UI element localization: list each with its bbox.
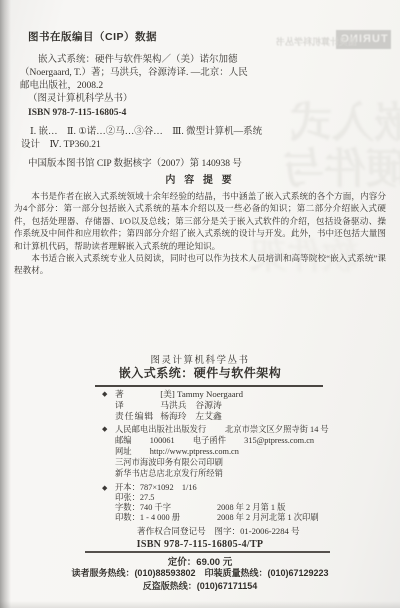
cip-isbn: ISBN 978-7-115-16805-4	[20, 107, 380, 120]
book-title: 嵌入式系统：硬件与软件架构	[0, 364, 400, 381]
publisher-group: ◆ 人民邮电出版社出版发行 北京市崇文区夕照寺街 14 号 邮编 100061 …	[95, 424, 363, 479]
print-run-value: 印数：1 - 4 000 册	[115, 513, 180, 522]
specs-group: ◆ 开本：787×1092 1/16 印张：27.5 字数：740 千字 200…	[95, 483, 363, 536]
scan-edge-left	[0, 0, 11, 608]
diamond-bullet-icon: ◆	[102, 424, 107, 435]
credit-row: 译 马洪兵 谷源涛	[95, 400, 363, 411]
cip-block: 图书在版编目（CIP）数据 嵌入式系统：硬件与软件架构／（美）诺尔加德 （Noe…	[20, 31, 380, 171]
format-value: 开本：787×1092 1/16	[115, 483, 197, 492]
postcode-value: 100061	[150, 436, 175, 445]
abstract-paragraph: 本书是作者在嵌入式系统领域十余年经验的结晶，书中涵盖了嵌入式系统的各个方面，内容…	[14, 190, 386, 252]
diamond-bullet-icon: ◆	[102, 483, 107, 493]
cip-record-line: （Noergaard, T.）著；马洪兵，谷源涛译. —北京：人民	[20, 67, 380, 80]
email-value: 315@ptpress.com.cn	[244, 436, 314, 445]
credit-label: 著	[115, 389, 158, 400]
scan-edge-bottom	[0, 601, 400, 608]
credits-group: ◆ 著 [美] Tammy Noergaard 译 马洪兵 谷源涛 责任编辑 杨…	[95, 389, 363, 422]
credit-value: [美] Tammy Noergaard	[160, 389, 243, 399]
credit-value: 杨海玲 左艾鑫	[160, 411, 222, 421]
credit-label: 译	[115, 400, 158, 411]
spec-row: 字数：740 千字 2008 年 2 月第 1 版	[95, 503, 363, 513]
abstract-header: 内 容 提 要	[0, 171, 400, 186]
publisher-address: 北京市崇文区夕照寺街 14 号	[225, 424, 329, 435]
publisher-row: 邮编 100061 电子函件 315@ptpress.com.cn	[95, 435, 363, 446]
isbn-full: ISBN 978-7-115-16805-4/TP	[0, 539, 400, 550]
credit-row: 责任编辑 杨海玲 左艾鑫	[95, 411, 363, 422]
divider	[85, 551, 330, 553]
cip-series-note: （图灵计算机科学丛书）	[20, 93, 380, 106]
copyright-registration: 著作权合同登记号 图字：01-2006-2284 号	[95, 526, 363, 536]
cip-classification-line: 设计 Ⅳ. TP360.21	[20, 139, 380, 152]
copyright-page: TURING 图灵计算机科学丛书 嵌入式 硬件与 软件架 图书在版编目（CIP）…	[0, 0, 400, 608]
anti-piracy-hotline: 反盗版热线：(010)67171154	[0, 579, 400, 592]
distributor-row: 新华书店总店北京发行所经销	[95, 468, 363, 479]
printer-row: 三河市海波印务有限公司印刷	[95, 457, 363, 468]
words-value: 字数：740 千字	[115, 503, 171, 512]
abstract-body: 本书是作者在嵌入式系统领域十余年经验的结晶，书中涵盖了嵌入式系统的各个方面，内容…	[14, 190, 386, 277]
diamond-bullet-icon: ◆	[102, 389, 107, 400]
website-value: http://www.ptpress.com.cn	[150, 447, 239, 456]
cip-record-line: 嵌入式系统：硬件与软件架构／（美）诺尔加德	[20, 54, 380, 67]
credit-label: 责任编辑	[115, 411, 158, 422]
cip-record-line: 邮电出版社，2008.2	[20, 80, 380, 93]
spec-row: ◆ 开本：787×1092 1/16	[95, 483, 363, 493]
cip-header: 图书在版编目（CIP）数据	[28, 31, 380, 44]
service-hotlines: 读者服务热线：(010)88593802 印装质量热线：(010)6712922…	[0, 566, 400, 579]
publisher-row: ◆ 人民邮电出版社出版发行 北京市崇文区夕照寺街 14 号	[95, 424, 363, 435]
edition-value: 2008 年 2 月第 1 版	[217, 503, 285, 513]
cip-record-number: 中国版本图书馆 CIP 数据核字（2007）第 140938 号	[20, 158, 380, 171]
divider	[95, 385, 323, 387]
impression-value: 2008 年 2 月河北第 1 次印刷	[217, 513, 319, 523]
credit-row: ◆ 著 [美] Tammy Noergaard	[95, 389, 363, 400]
spec-row: 印张：27.5	[95, 493, 363, 503]
website-label: 网址	[115, 447, 132, 456]
abstract-paragraph: 本书适合嵌入式系统专业人员阅读，同时也可以作为技术人员培训和高等院校“嵌入式系统…	[14, 252, 386, 277]
credit-value: 马洪兵 谷源涛	[160, 400, 222, 410]
publisher-row: 网址 http://www.ptpress.com.cn	[95, 446, 363, 457]
postcode-label: 邮编	[115, 436, 132, 445]
spec-row: 印数：1 - 4 000 册 2008 年 2 月河北第 1 次印刷	[95, 513, 363, 523]
email-label: 电子函件	[193, 436, 226, 445]
publisher-name: 人民邮电出版社出版发行	[115, 425, 206, 434]
cip-classification-line: Ⅰ. 嵌… Ⅱ. ①诺…②马…③谷… Ⅲ. 微型计算机—系统	[20, 126, 380, 139]
